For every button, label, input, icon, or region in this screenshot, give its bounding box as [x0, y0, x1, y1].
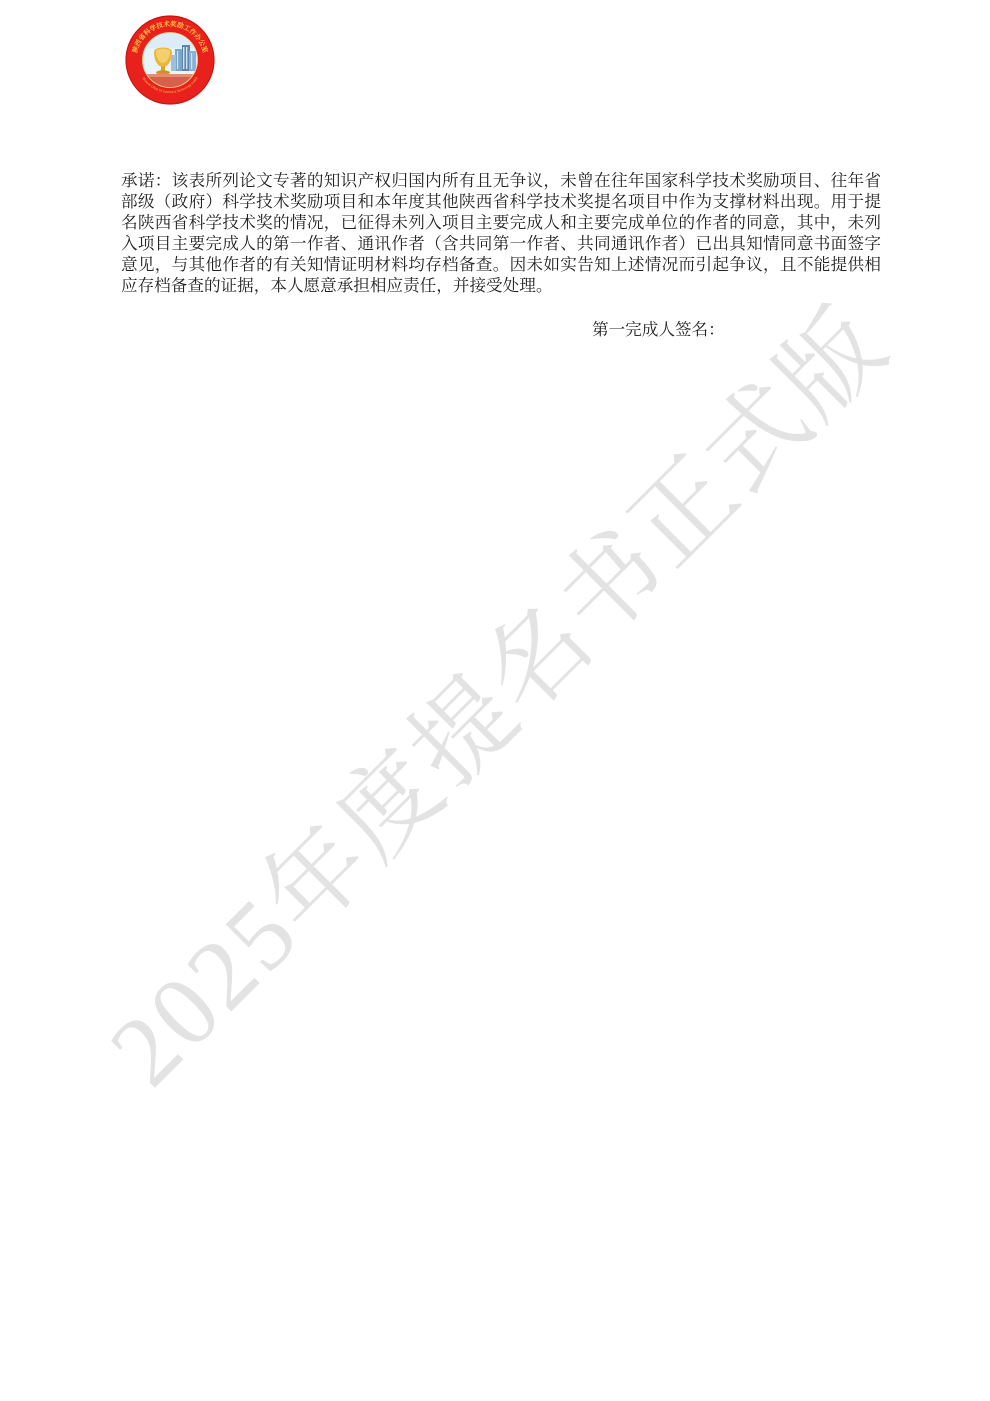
document-page: 2025年度提名书正式版 — [0, 0, 990, 1401]
declaration-paragraph: 承诺：该表所列论文专著的知识产权归国内所有且无争议，未曾在往年国家科学技术奖励项… — [121, 170, 881, 296]
first-completer-signature-label: 第一完成人签名： — [592, 319, 725, 340]
watermark-text: 2025年度提名书正式版 — [71, 269, 914, 1112]
award-office-seal-logo: 陕西省科学技术奖励工作办公室 Shaanxi Office Of Science… — [125, 15, 215, 105]
